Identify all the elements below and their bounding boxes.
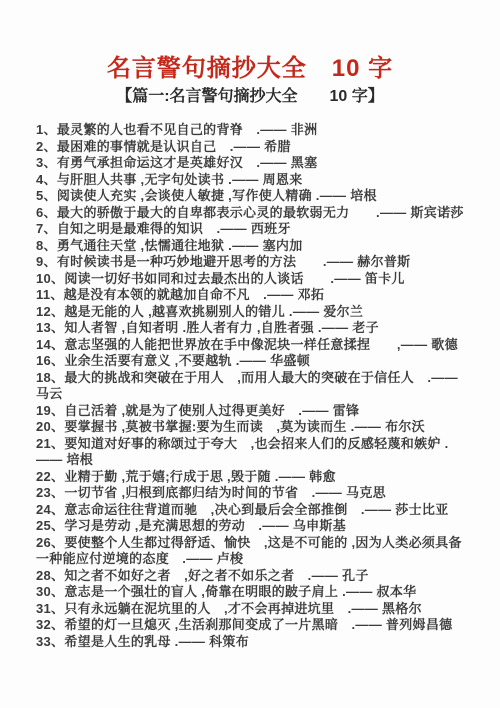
quote-number: 11、 — [36, 287, 64, 302]
quote-item: 24、意志命运往往背道而驰 ,决心到最后会全部推倒 .—— 莎士比亚 — [36, 502, 472, 519]
quote-number: 32、 — [36, 617, 64, 632]
quote-text: 要使整个人生都过得舒适、愉快 ,这是不可能的 ,因为人类必须具备一种能应付逆境的… — [36, 535, 462, 567]
quote-item: 4、与肝胆人共事 ,无字句处读书 .—— 周恩来 — [36, 172, 472, 189]
quote-item: 9、有时候读书是一种巧妙地避开思考的方法 .—— 赫尔普斯 — [36, 254, 472, 271]
quote-number: 16、 — [36, 353, 64, 368]
quote-item: 21、要知道对好事的称颂过于夸大 ,也会招来人们的反感轻蔑和嫉妒 .—— 培根 — [36, 436, 472, 469]
quote-text: 自己活着 ,就是为了使别人过得更美好 .—— 雷锋 — [64, 403, 359, 418]
quote-item: 18、最大的挑战和突破在于用人 ,而用人最大的突破在于信任人 .—— 马云 — [36, 370, 472, 403]
quote-text: 要掌握书 ,莫被书掌握:要为生而读 ,莫为读而生 .—— 布尔沃 — [64, 419, 425, 434]
quote-number: 22、 — [36, 469, 64, 484]
quote-text: 最灵繁的人也看不见自己的背脊 .—— 非洲 — [57, 122, 318, 137]
quote-number: 6、 — [36, 205, 57, 220]
quote-text: 意志是一个强壮的盲人 ,倚靠在明眼的跛子肩上 .—— 叔本华 — [64, 584, 416, 599]
quote-item: 20、要掌握书 ,莫被书掌握:要为生而读 ,莫为读而生 .—— 布尔沃 — [36, 419, 472, 436]
quote-item: 32、希望的灯一旦熄灭 ,生活刹那间变成了一片黑暗 .—— 普列姆昌德 — [36, 617, 472, 634]
quote-item: 28、知之者不如好之者 ,好之者不如乐之者 .—— 孔子 — [36, 568, 472, 585]
quote-number: 31、 — [36, 601, 64, 616]
quote-text: 阅读一切好书如同和过去最杰出的人谈话 .—— 笛卡儿 — [64, 271, 404, 286]
quote-item: 33、希望是人生的乳母 .—— 科策布 — [36, 634, 472, 651]
quote-number: 12、 — [36, 304, 64, 319]
quote-number: 20、 — [36, 419, 64, 434]
quote-text: 最困难的事情就是认识自己 .—— 希腊 — [57, 139, 291, 154]
quote-number: 3、 — [36, 155, 57, 170]
quote-number: 19、 — [36, 403, 64, 418]
quote-number: 2、 — [36, 139, 57, 154]
quote-number: 7、 — [36, 221, 57, 236]
quote-text: 只有永远躺在泥坑里的人 ,才不会再掉进坑里 .—— 黑格尔 — [64, 601, 422, 616]
quote-item: 3、有勇气承担命运这才是英雄好汉 .—— 黑塞 — [36, 155, 472, 172]
quote-number: 25、 — [36, 518, 64, 533]
quote-number: 13、 — [36, 320, 64, 335]
quote-number: 14、 — [36, 337, 64, 352]
quote-text: 一切节省 ,归根到底都归结为时间的节省 .—— 马克思 — [64, 485, 386, 500]
quote-item: 23、一切节省 ,归根到底都归结为时间的节省 .—— 马克思 — [36, 485, 472, 502]
quote-text: 勇气通往天堂 ,怯懦通往地狱 .—— 塞内加 — [57, 238, 303, 253]
quote-text: 知之者不如好之者 ,好之者不如乐之者 .—— 孔子 — [64, 568, 368, 583]
quote-text: 希望的灯一旦熄灭 ,生活刹那间变成了一片黑暗 .—— 普列姆昌德 — [64, 617, 452, 632]
quote-item: 26、要使整个人生都过得舒适、愉快 ,这是不可能的 ,因为人类必须具备一种能应付… — [36, 535, 472, 568]
quote-text: 学习是劳动 ,是充满思想的劳动 .—— 乌申斯基 — [64, 518, 346, 533]
quote-text: 越是无能的人 ,越喜欢挑剔别人的错儿 .—— 爱尔兰 — [64, 304, 363, 319]
quote-item: 7、自知之明是最难得的知识 .—— 西班牙 — [36, 221, 472, 238]
quote-text: 有时候读书是一种巧妙地避开思考的方法 .—— 赫尔普斯 — [57, 254, 411, 269]
quote-text: 希望是人生的乳母 .—— 科策布 — [64, 634, 249, 649]
quote-number: 9、 — [36, 254, 57, 269]
quote-number: 21、 — [36, 436, 64, 451]
quote-text: 最大的骄傲于最大的自卑都表示心灵的最软弱无力 .—— 斯宾诺莎 — [57, 205, 464, 220]
document-page: 名言警句摘抄大全 10 字 【篇一:名言警句摘抄大全 10 字】 1、最灵繁的人… — [0, 0, 500, 708]
quote-number: 1、 — [36, 122, 57, 137]
quote-item: 2、最困难的事情就是认识自己 .—— 希腊 — [36, 139, 472, 156]
quote-text: 阅读使人充实 ,会谈使人敏捷 ,写作使人精确 .—— 培根 — [57, 188, 377, 203]
quote-item: 22、业精于勤 ,荒于嬉;行成于思 ,毁于随 .—— 韩愈 — [36, 469, 472, 486]
quote-item: 5、阅读使人充实 ,会谈使人敏捷 ,写作使人精确 .—— 培根 — [36, 188, 472, 205]
quote-item: 13、知人者智 ,自知者明 .胜人者有力 ,自胜者强 .—— 老子 — [36, 320, 472, 337]
quote-number: 5、 — [36, 188, 57, 203]
quote-text: 要知道对好事的称颂过于夸大 ,也会招来人们的反感轻蔑和嫉妒 .—— 培根 — [36, 436, 449, 468]
quote-item: 10、阅读一切好书如同和过去最杰出的人谈话 .—— 笛卡儿 — [36, 271, 472, 288]
quote-text: 最大的挑战和突破在于用人 ,而用人最大的突破在于信任人 .—— 马云 — [36, 370, 458, 402]
quote-text: 有勇气承担命运这才是英雄好汉 .—— 黑塞 — [57, 155, 318, 170]
quote-text: 业精于勤 ,荒于嬉;行成于思 ,毁于随 .—— 韩愈 — [64, 469, 335, 484]
quote-item: 12、越是无能的人 ,越喜欢挑剔别人的错儿 .—— 爱尔兰 — [36, 304, 472, 321]
quote-item: 19、自己活着 ,就是为了使别人过得更美好 .—— 雷锋 — [36, 403, 472, 420]
quote-text: 业余生活要有意义 ,不要越轨 .—— 华盛顿 — [64, 353, 310, 368]
quote-item: 16、业余生活要有意义 ,不要越轨 .—— 华盛顿 — [36, 353, 472, 370]
page-subtitle: 【篇一:名言警句摘抄大全 10 字】 — [0, 86, 500, 107]
quote-item: 31、只有永远躺在泥坑里的人 ,才不会再掉进坑里 .—— 黑格尔 — [36, 601, 472, 618]
page-title: 名言警句摘抄大全 10 字 — [0, 54, 500, 84]
quote-number: 33、 — [36, 634, 64, 649]
quote-number: 28、 — [36, 568, 64, 583]
quote-text: 与肝胆人共事 ,无字句处读书 .—— 周恩来 — [57, 172, 303, 187]
quote-number: 26、 — [36, 535, 64, 550]
quote-number: 4、 — [36, 172, 57, 187]
quote-number: 8、 — [36, 238, 57, 253]
quote-item: 25、学习是劳动 ,是充满思想的劳动 .—— 乌申斯基 — [36, 518, 472, 535]
quote-item: 11、越是没有本领的就越加自命不凡 .—— 邓拓 — [36, 287, 472, 304]
quote-text: 知人者智 ,自知者明 .胜人者有力 ,自胜者强 .—— 老子 — [64, 320, 379, 335]
quote-item: 14、意志坚强的人能把世界放在手中像泥块一样任意揉捏 ,—— 歌德 — [36, 337, 472, 354]
quote-item: 30、意志是一个强壮的盲人 ,倚靠在明眼的跛子肩上 .—— 叔本华 — [36, 584, 472, 601]
quote-item: 8、勇气通往天堂 ,怯懦通往地狱 .—— 塞内加 — [36, 238, 472, 255]
quote-number: 24、 — [36, 502, 64, 517]
quote-text: 意志坚强的人能把世界放在手中像泥块一样任意揉捏 ,—— 歌德 — [64, 337, 458, 352]
quote-number: 23、 — [36, 485, 64, 500]
quote-number: 10、 — [36, 271, 64, 286]
quote-number: 30、 — [36, 584, 64, 599]
quote-item: 1、最灵繁的人也看不见自己的背脊 .—— 非洲 — [36, 122, 472, 139]
quote-text: 意志命运往往背道而驰 ,决心到最后会全部推倒 .—— 莎士比亚 — [64, 502, 448, 517]
quote-text: 自知之明是最难得的知识 .—— 西班牙 — [57, 221, 291, 236]
quote-text: 越是没有本领的就越加自命不凡 .—— 邓拓 — [64, 287, 325, 302]
quote-list: 1、最灵繁的人也看不见自己的背脊 .—— 非洲2、最困难的事情就是认识自己 .—… — [0, 122, 500, 650]
quote-item: 6、最大的骄傲于最大的自卑都表示心灵的最软弱无力 .—— 斯宾诺莎 — [36, 205, 472, 222]
quote-number: 18、 — [36, 370, 64, 385]
